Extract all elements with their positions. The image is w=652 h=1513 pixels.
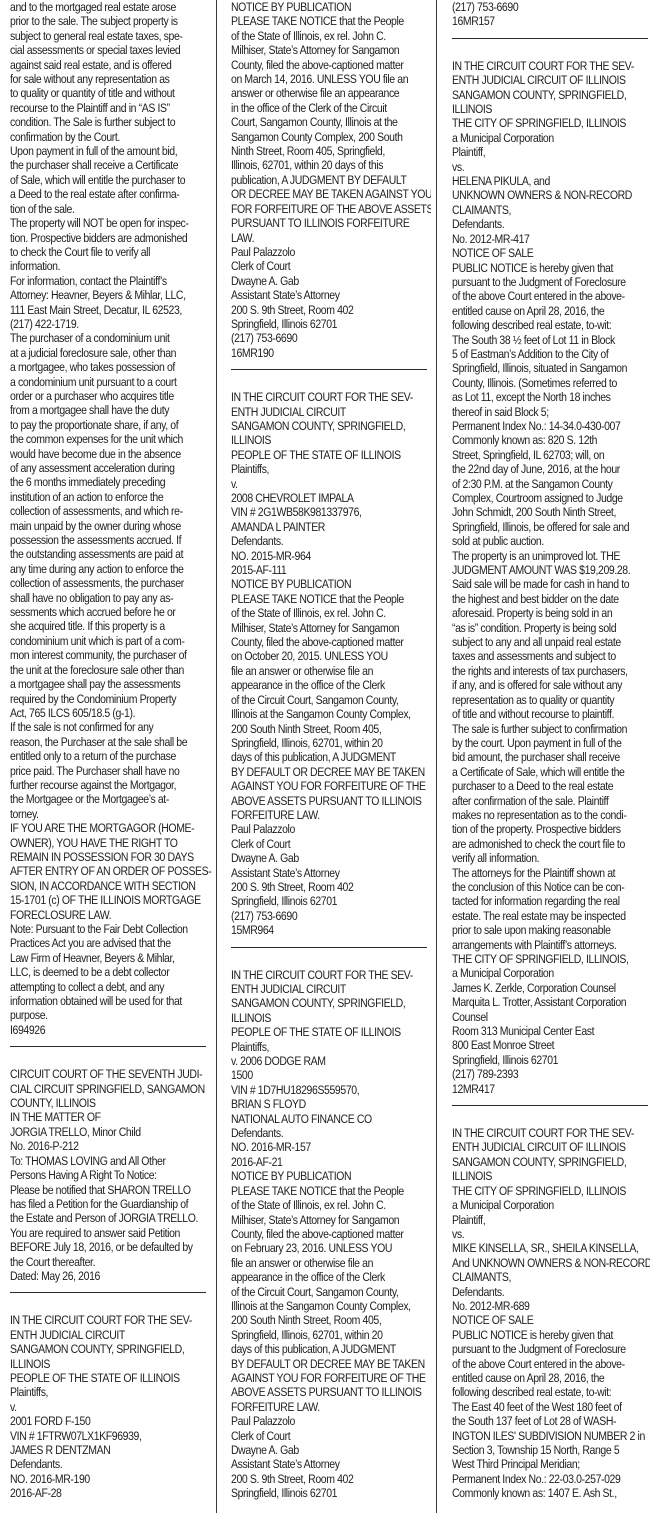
notice-text-line: file an answer or otherwise file an (231, 664, 431, 678)
notice-text-line: required by the Condominium Property (10, 692, 212, 706)
notice-text-line: as Lot 11, except the North 18 inches (452, 390, 650, 404)
notice-text-line: of the Circuit Court, Sangamon County, (231, 1285, 431, 1299)
notice-separator-rule (10, 1292, 206, 1293)
notice-text-line: 2008 CHEVROLET IMPALA (231, 491, 431, 505)
notice-text-line: Defendants. (452, 1285, 650, 1299)
notice-text-line: Springfield, Illinois 62701 (452, 1053, 650, 1067)
notice-text-line: Practices Act you are advised that the (10, 936, 212, 950)
notice-text-line: prior to the sale. The subject property … (10, 14, 212, 28)
notice-text-line: tion of the property. Prospective bidder… (452, 822, 650, 836)
notice-text-line: Paul Palazzolo (231, 245, 431, 259)
notice-text-line: No. 2012-MR-689 (452, 1299, 650, 1313)
notice-text-line: Dwayne A. Gab (231, 274, 431, 288)
notice-text-line: reason, the Purchaser at the sale shall … (10, 735, 212, 749)
notice-text-line: PLEASE TAKE NOTICE that the People (231, 592, 431, 606)
notice-text-line: price paid. The Purchaser shall have no (10, 764, 212, 778)
notice-text-line: v. 2006 DODGE RAM (231, 1054, 431, 1068)
notice-text-line: main unpaid by the owner during whose (10, 519, 212, 533)
notice-separator-rule (231, 947, 427, 948)
notice-text-line: entitled only to a return of the purchas… (10, 749, 212, 763)
notice-text-line: Street, Springfield, IL 62703; will, on (452, 448, 650, 462)
notice-text-line: 200 S. 9th Street, Room 402 (231, 303, 431, 317)
notice-text-line: JUDGMENT AMOUNT WAS $19,209.28. (452, 563, 650, 577)
notice-text-line: the Mortgagee or the Mortgagee’s at- (10, 792, 212, 806)
notice-text-line: appearance in the office of the Clerk (231, 678, 431, 692)
legal-notices-page: and to the mortgaged real estate arosepr… (0, 0, 652, 1513)
notice-text-line: MIKE KINSELLA, SR., SHEILA KINSELLA, (452, 1241, 650, 1255)
legal-notice: IN THE CIRCUIT COURT FOR THE SEV-ENTH JU… (452, 59, 650, 1096)
notice-text-line: mon interest community, the purchaser of (10, 648, 212, 662)
notice-text-line: are admonished to check the court file t… (452, 837, 650, 851)
column-1: and to the mortgaged real estate arosepr… (10, 0, 212, 1513)
legal-notice: IN THE CIRCUIT COURT FOR THE SEV-ENTH JU… (231, 968, 431, 1501)
notice-text-line: of Sale, which will entitle the purchase… (10, 173, 212, 187)
notice-text-line: order or a purchaser who acquires title (10, 389, 212, 403)
notice-text-line: torney. (10, 807, 212, 821)
notice-text-line: NO. 2016-MR-157 (231, 1140, 431, 1154)
notice-text-line: condition. The Sale is further subject t… (10, 115, 212, 129)
notice-text-line: Permanent Index No.: 14-34.0-430-007 (452, 419, 650, 433)
notice-text-line: Clerk of Court (231, 1429, 431, 1443)
notice-text-line: subject to any and all unpaid real estat… (452, 635, 650, 649)
notice-text-line: institution of an action to enforce the (10, 490, 212, 504)
notice-text-line: LAW. (231, 231, 431, 245)
notice-text-line: 200 S. 9th Street, Room 402 (231, 880, 431, 894)
notice-text-line: SANGAMON COUNTY, SPRINGFIELD, (231, 996, 431, 1010)
notice-text-line: THE CITY OF SPRINGFIELD, ILLINOIS (452, 1184, 650, 1198)
notice-text-line: Defendants. (231, 1126, 431, 1140)
notice-text-line: entitled cause on April 28, 2016, the (452, 1371, 650, 1385)
notice-text-line: Springfield, Illinois, 62701, within 20 (231, 736, 431, 750)
notice-text-line: Counsel (452, 1010, 650, 1024)
notice-text-line: IN THE CIRCUIT COURT FOR THE SEV- (10, 1313, 212, 1327)
notice-text-line: FORFEITURE LAW. (231, 808, 431, 822)
notice-text-line: any time during any action to enforce th… (10, 562, 212, 576)
notice-text-line: a Municipal Corporation (452, 1198, 650, 1212)
notice-text-line: John Schmidt, 200 South Ninth Street, (452, 505, 650, 519)
notice-text-line: (217) 753-6690 (231, 909, 431, 923)
notice-text-line: the Court thereafter. (10, 1255, 212, 1269)
notice-text-line: Plaintiffs, (231, 1040, 431, 1054)
notice-text-line: IN THE MATTER OF (10, 1110, 212, 1124)
notice-text-line: a mortgagee, who takes possession of (10, 360, 212, 374)
notice-text-line: JORGIA TRELLO, Minor Child (10, 1125, 212, 1139)
notice-text-line: a Deed to the real estate after confirma… (10, 187, 212, 201)
notice-text-line: Commonly known as: 820 S. 12th (452, 433, 650, 447)
notice-text-line: PURSUANT TO ILLINOIS FORFEITURE (231, 216, 431, 230)
notice-text-line: Please be notified that SHARON TRELLO (10, 1183, 212, 1197)
notice-text-line: in the office of the Clerk of the Circui… (231, 101, 431, 115)
notice-text-line: IN THE CIRCUIT COURT FOR THE SEV- (452, 59, 650, 73)
notice-text-line: information. (10, 259, 212, 273)
notice-text-line: verify all information. (452, 851, 650, 865)
notice-text-line: Commonly known as: 1407 E. Ash St., (452, 1486, 650, 1500)
notice-text-line: 800 East Monroe Street (452, 1038, 650, 1052)
notice-text-line: 5 of Eastman’s Addition to the City of (452, 347, 650, 361)
notice-text-line: ILLINOIS (10, 1357, 212, 1371)
notice-text-line: IN THE CIRCUIT COURT FOR THE SEV- (231, 968, 431, 982)
notice-text-line: The sale is further subject to confirmat… (452, 722, 650, 736)
notice-text-line: (217) 422-1719. (10, 317, 212, 331)
notice-text-line: Illinois at the Sangamon County Complex, (231, 1299, 431, 1313)
notice-text-line: following described real estate, to-wit: (452, 318, 650, 332)
notice-text-line: Plaintiffs, (10, 1385, 212, 1399)
notice-text-line: pursuant to the Judgment of Foreclosure (452, 275, 650, 289)
notice-text-line: ENTH JUDICIAL CIRCUIT (231, 982, 431, 996)
notice-text-line: v. (10, 1400, 212, 1414)
notice-text-line: Milhiser, State’s Attorney for Sangamon (231, 1213, 431, 1227)
notice-text-line: Springfield, Illinois 62701 (231, 1486, 431, 1500)
notice-text-line: And UNKNOWN OWNERS & NON-RECORD (452, 1256, 650, 1270)
notice-text-line: ILLINOIS (452, 102, 650, 116)
notice-text-line: prior to sale upon making reasonable (452, 923, 650, 937)
notice-text-line: Assistant State’s Attorney (231, 288, 431, 302)
notice-text-line: Court, Sangamon County, Illinois at the (231, 115, 431, 129)
notice-text-line: For information, contact the Plaintiff’s (10, 274, 212, 288)
legal-notice: (217) 753-669016MR157 (452, 0, 650, 29)
notice-text-line: Paul Palazzolo (231, 1414, 431, 1428)
notice-text-line: the 22nd day of June, 2016, at the hour (452, 462, 650, 476)
notice-text-line: tion. Prospective bidders are admonished (10, 231, 212, 245)
notice-text-line: ENTH JUDICIAL CIRCUIT OF ILLINOIS (452, 73, 650, 87)
notice-text-line: of the above Court entered in the above- (452, 289, 650, 303)
notice-text-line: SANGAMON COUNTY, SPRINGFIELD, (452, 88, 650, 102)
notice-text-line: BY DEFAULT OR DECREE MAY BE TAKEN (231, 1357, 431, 1371)
notice-text-line: attempting to collect a debt, and any (10, 980, 212, 994)
notice-text-line: NOTICE BY PUBLICATION (231, 577, 431, 591)
notice-text-line: Complex, Courtroom assigned to Judge (452, 491, 650, 505)
notice-text-line: of the Circuit Court, Sangamon County, (231, 693, 431, 707)
notice-text-line: of the above Court entered in the above- (452, 1357, 650, 1371)
notice-text-line: Sangamon County Complex, 200 South (231, 130, 431, 144)
notice-text-line: CIRCUIT COURT OF THE SEVENTH JUDI- (10, 1067, 212, 1081)
notice-text-line: sold at public auction. (452, 534, 650, 548)
notice-text-line: The East 40 feet of the West 180 feet of (452, 1400, 650, 1414)
notice-text-line: a condominium unit pursuant to a court (10, 375, 212, 389)
notice-text-line: taxes and assessments and subject to (452, 649, 650, 663)
notice-text-line: vs. (452, 1227, 650, 1241)
notice-text-line: she acquired title. If this property is … (10, 619, 212, 633)
notice-text-line: 2015-AF-111 (231, 563, 431, 577)
notice-text-line: purpose. (10, 1008, 212, 1022)
notice-text-line: Dated: May 26, 2016 (10, 1269, 212, 1283)
notice-text-line: v. (231, 477, 431, 491)
notice-text-line: the highest and best bidder on the date (452, 592, 650, 606)
notice-text-line: Assistant State’s Attorney (231, 866, 431, 880)
notice-text-line: Dwayne A. Gab (231, 1443, 431, 1457)
notice-text-line: HELENA PIKULA, and (452, 174, 650, 188)
notice-text-line: SION, IN ACCORDANCE WITH SECTION (10, 879, 212, 893)
notice-text-line: on October 20, 2015. UNLESS YOU (231, 649, 431, 663)
notice-text-line: the purchaser shall receive a Certificat… (10, 158, 212, 172)
notice-text-line: NOTICE OF SALE (452, 1313, 650, 1327)
notice-text-line: NOTICE OF SALE (452, 246, 650, 260)
notice-text-line: (217) 753-6690 (452, 0, 650, 14)
notice-text-line: Ninth Street, Room 405, Springfield, (231, 144, 431, 158)
notice-text-line: tion of the sale. (10, 202, 212, 216)
notice-text-line: ILLINOIS (452, 1169, 650, 1183)
notice-text-line: County, Illinois. (Sometimes referred to (452, 376, 650, 390)
notice-text-line: FOR FORFEITURE OF THE ABOVE ASSETS (231, 202, 431, 216)
notice-text-line: 16MR190 (231, 346, 431, 360)
notice-text-line: The property will NOT be open for inspec… (10, 216, 212, 230)
notice-text-line: Upon payment in full of the amount bid, (10, 144, 212, 158)
notice-text-line: SANGAMON COUNTY, SPRINGFIELD, (231, 419, 431, 433)
notice-text-line: County, filed the above-captioned matter (231, 1227, 431, 1241)
notice-text-line: ABOVE ASSETS PURSUANT TO ILLINOIS (231, 794, 431, 808)
notice-text-line: James K. Zerkle, Corporation Counsel (452, 981, 650, 995)
notice-text-line: 16MR157 (452, 14, 650, 28)
notice-text-line: NOTICE BY PUBLICATION (231, 1169, 431, 1183)
legal-notice: CIRCUIT COURT OF THE SEVENTH JUDI-CIAL C… (10, 1067, 212, 1283)
notice-text-line: CLAIMANTS, (452, 1270, 650, 1284)
notice-text-line: representation as to quality or quantity (452, 693, 650, 707)
notice-text-line: COUNTY, ILLINOIS (10, 1096, 212, 1110)
notice-text-line: BEFORE July 18, 2016, or be defaulted by (10, 1240, 212, 1254)
notice-text-line: Defendants. (231, 534, 431, 548)
legal-notice: IN THE CIRCUIT COURT FOR THE SEV-ENTH JU… (10, 1313, 212, 1500)
notice-text-line: SANGAMON COUNTY, SPRINGFIELD, (452, 1155, 650, 1169)
notice-text-line: the South 137 feet of Lot 28 of WASH- (452, 1414, 650, 1428)
notice-text-line: possession the assessments accrued. If (10, 533, 212, 547)
notice-text-line: 2016-AF-21 (231, 1155, 431, 1169)
notice-text-line: Act, 765 ILCS 605/18.5 (g-1). (10, 706, 212, 720)
notice-text-line: You are required to answer said Petition (10, 1226, 212, 1240)
notice-text-line: Springfield, Illinois 62701 (231, 317, 431, 331)
notice-text-line: NO. 2016-MR-190 (10, 1472, 212, 1486)
column-2: NOTICE BY PUBLICATIONPLEASE TAKE NOTICE … (231, 0, 431, 1513)
notice-text-line: Clerk of Court (231, 259, 431, 273)
notice-text-line: UNKNOWN OWNERS & NON-RECORD (452, 188, 650, 202)
notice-text-line: No. 2016-P-212 (10, 1139, 212, 1153)
notice-text-line: subject to general real estate taxes, sp… (10, 29, 212, 43)
notice-text-line: To: THOMAS LOVING and All Other (10, 1154, 212, 1168)
notice-text-line: No. 2012-MR-417 (452, 232, 650, 246)
notice-text-line: IN THE CIRCUIT COURT FOR THE SEV- (452, 1126, 650, 1140)
notice-text-line: VIN # 2G1WB58K981337976, (231, 505, 431, 519)
notice-text-line: ENTH JUDICIAL CIRCUIT (231, 405, 431, 419)
notice-text-line: PLEASE TAKE NOTICE that the People (231, 1184, 431, 1198)
notice-text-line: OWNER), YOU HAVE THE RIGHT TO (10, 836, 212, 850)
notice-text-line: estate. The real estate may be inspected (452, 909, 650, 923)
notice-text-line: NATIONAL AUTO FINANCE CO (231, 1112, 431, 1126)
notice-text-line: the outstanding assessments are paid at (10, 547, 212, 561)
notice-text-line: further recourse against the Mortgagor, (10, 778, 212, 792)
notice-text-line: answer or otherwise file an appearance (231, 86, 431, 100)
notice-text-line: VIN # 1D7HU18296S559570, (231, 1083, 431, 1097)
notice-separator-rule (452, 1105, 648, 1106)
notice-text-line: OR DECREE MAY BE TAKEN AGAINST YOU (231, 187, 431, 201)
legal-notice: and to the mortgaged real estate arosepr… (10, 0, 212, 1037)
notice-text-line: (217) 753-6690 (231, 331, 431, 345)
notice-text-line: tacted for information regarding the rea… (452, 894, 650, 908)
notice-text-line: THE CITY OF SPRINGFIELD, ILLINOIS (452, 116, 650, 130)
notice-text-line: condominium unit which is part of a com- (10, 634, 212, 648)
legal-notice: NOTICE BY PUBLICATIONPLEASE TAKE NOTICE … (231, 0, 431, 360)
notice-text-line: collection of assessments, the purchaser (10, 576, 212, 590)
notice-text-line: Springfield, Illinois, 62701, within 20 (231, 1328, 431, 1342)
notice-text-line: the rights and interests of tax purchase… (452, 664, 650, 678)
notice-text-line: of the State of Illinois, ex rel. John C… (231, 606, 431, 620)
notice-text-line: Springfield, Illinois 62701 (231, 894, 431, 908)
notice-text-line: AMANDA L PAINTER (231, 520, 431, 534)
notice-text-line: makes no representation as to the condi- (452, 808, 650, 822)
notice-text-line: Paul Palazzolo (231, 822, 431, 836)
notice-text-line: Springfield, Illinois, situated in Sanga… (452, 361, 650, 375)
notice-separator-rule (231, 369, 427, 370)
notice-text-line: of any assessment acceleration during (10, 461, 212, 475)
notice-text-line: of title and without recourse to plainti… (452, 707, 650, 721)
notice-text-line: Law Firm of Heavner, Beyers & Mihlar, (10, 951, 212, 965)
notice-text-line: County, filed the above-captioned matter (231, 58, 431, 72)
notice-text-line: IF YOU ARE THE MORTGAGOR (HOME- (10, 821, 212, 835)
notice-text-line: The attorneys for the Plaintiff shown at (452, 866, 650, 880)
notice-text-line: Persons Having A Right To Notice: (10, 1168, 212, 1182)
notice-text-line: CLAIMANTS, (452, 203, 650, 217)
notice-text-line: arrangements with Plaintiff’s attorneys. (452, 938, 650, 952)
notice-text-line: ENTH JUDICIAL CIRCUIT (10, 1328, 212, 1342)
notice-text-line: Defendants. (10, 1457, 212, 1471)
notice-text-line: Note: Pursuant to the Fair Debt Collecti… (10, 922, 212, 936)
notice-text-line: INGTON ILES' SUBDIVISION NUMBER 2 in (452, 1429, 650, 1443)
notice-text-line: SANGAMON COUNTY, SPRINGFIELD, (10, 1342, 212, 1356)
notice-text-line: thereof in said Block 5; (452, 405, 650, 419)
notice-text-line: PUBLIC NOTICE is hereby given that (452, 261, 650, 275)
notice-text-line: after confirmation of the sale. Plaintif… (452, 794, 650, 808)
notice-text-line: the 6 months immediately preceding (10, 475, 212, 489)
notice-text-line: Defendants. (452, 217, 650, 231)
notice-separator-rule (452, 38, 648, 39)
notice-text-line: file an answer or otherwise file an (231, 1256, 431, 1270)
notice-text-line: sessments which accrued before he or (10, 605, 212, 619)
notice-text-line: 200 South Ninth Street, Room 405, (231, 722, 431, 736)
notice-text-line: purchaser to a Deed to the real estate (452, 779, 650, 793)
notice-text-line: the conclusion of this Notice can be con… (452, 880, 650, 894)
notice-text-line: a Certificate of Sale, which will entitl… (452, 765, 650, 779)
notice-text-line: Said sale will be made for cash in hand … (452, 577, 650, 591)
notice-text-line: The South 38 ½ feet of Lot 11 in Block (452, 333, 650, 347)
notice-text-line: a Municipal Corporation (452, 966, 650, 980)
notice-text-line: 200 South Ninth Street, Room 405, (231, 1313, 431, 1327)
notice-text-line: 2001 FORD F-150 (10, 1414, 212, 1428)
notice-text-line: AGAINST YOU FOR FORFEITURE OF THE (231, 1371, 431, 1385)
notice-text-line: AFTER ENTRY OF AN ORDER OF POSSES- (10, 864, 212, 878)
notice-text-line: to quality or quantity of title and with… (10, 86, 212, 100)
notice-text-line: FORECLOSURE LAW. (10, 908, 212, 922)
notice-text-line: for sale without any representation as (10, 72, 212, 86)
column-divider (436, 0, 437, 1513)
notice-text-line: PUBLIC NOTICE is hereby given that (452, 1328, 650, 1342)
notice-text-line: VIN # 1FTRW07LX1KF96939, (10, 1429, 212, 1443)
notice-text-line: and to the mortgaged real estate arose (10, 0, 212, 14)
notice-text-line: LLC, is deemed to be a debt collector (10, 965, 212, 979)
notice-text-line: The purchaser of a condominium unit (10, 331, 212, 345)
notice-text-line: ABOVE ASSETS PURSUANT TO ILLINOIS (231, 1385, 431, 1399)
notice-text-line: on February 23, 2016. UNLESS YOU (231, 1241, 431, 1255)
notice-text-line: entitled cause on April 28, 2016, the (452, 304, 650, 318)
notice-text-line: bid amount, the purchaser shall receive (452, 750, 650, 764)
notice-text-line: 15MR964 (231, 923, 431, 937)
notice-text-line: CIAL CIRCUIT SPRINGFIELD, SANGAMON (10, 1082, 212, 1096)
notice-text-line: ILLINOIS (231, 433, 431, 447)
notice-text-line: has filed a Petition for the Guardianshi… (10, 1197, 212, 1211)
legal-notice: IN THE CIRCUIT COURT FOR THE SEV-ENTH JU… (231, 390, 431, 937)
notice-separator-rule (10, 1046, 206, 1047)
legal-notice: IN THE CIRCUIT COURT FOR THE SEV-ENTH JU… (452, 1126, 650, 1501)
notice-text-line: following described real estate, to-wit: (452, 1385, 650, 1399)
notice-text-line: Plaintiff, (452, 145, 650, 159)
notice-text-line: the unit at the foreclosure sale other t… (10, 663, 212, 677)
notice-text-line: Dwayne A. Gab (231, 851, 431, 865)
notice-text-line: recourse to the Plaintiff and in “AS IS” (10, 101, 212, 115)
notice-text-line: I694926 (10, 1023, 212, 1037)
notice-text-line: if any, and is offered for sale without … (452, 678, 650, 692)
notice-text-line: would have become due in the absence (10, 447, 212, 461)
notice-text-line: If the sale is not confirmed for any (10, 720, 212, 734)
notice-text-line: PEOPLE OF THE STATE OF ILLINOIS (231, 448, 431, 462)
notice-text-line: to pay the proportionate share, if any, … (10, 418, 212, 432)
notice-text-line: Marquita L. Trotter, Assistant Corporati… (452, 995, 650, 1009)
notice-text-line: 2016-AF-28 (10, 1486, 212, 1500)
notice-text-line: NO. 2015-MR-964 (231, 549, 431, 563)
notice-text-line: Section 3, Township 15 North, Range 5 (452, 1443, 650, 1457)
notice-text-line: ENTH JUDICIAL CIRCUIT OF ILLINOIS (452, 1140, 650, 1154)
notice-text-line: to check the Court file to verify all (10, 245, 212, 259)
notice-text-line: 15-1701 (c) OF THE ILLINOIS MORTGAGE (10, 893, 212, 907)
notice-text-line: BY DEFAULT OR DECREE MAY BE TAKEN (231, 765, 431, 779)
notice-text-line: IN THE CIRCUIT COURT FOR THE SEV- (231, 390, 431, 404)
notice-text-line: a Municipal Corporation (452, 131, 650, 145)
notice-text-line: shall have no obligation to pay any as- (10, 591, 212, 605)
notice-text-line: of 2:30 P.M. at the Sangamon County (452, 477, 650, 491)
notice-text-line: County, filed the above-captioned matter (231, 635, 431, 649)
notice-text-line: Permanent Index No.: 22-03.0-257-029 (452, 1472, 650, 1486)
notice-text-line: NOTICE BY PUBLICATION (231, 0, 431, 14)
notice-text-line: aforesaid. Property is being sold in an (452, 606, 650, 620)
notice-text-line: appearance in the office of the Clerk (231, 1270, 431, 1284)
notice-text-line: pursuant to the Judgment of Foreclosure (452, 1342, 650, 1356)
notice-text-line: BRIAN S FLOYD (231, 1097, 431, 1111)
notice-text-line: a mortgagee shall pay the assessments (10, 677, 212, 691)
notice-text-line: on March 14, 2016. UNLESS YOU file an (231, 72, 431, 86)
notice-text-line: vs. (452, 160, 650, 174)
notice-text-line: 111 East Main Street, Decatur, IL 62523, (10, 303, 212, 317)
column-divider (216, 0, 217, 1513)
notice-text-line: FORFEITURE LAW. (231, 1400, 431, 1414)
notice-text-line: Plaintiff, (452, 1213, 650, 1227)
notice-text-line: publication, A JUDGMENT BY DEFAULT (231, 173, 431, 187)
notice-text-line: THE CITY OF SPRINGFIELD, ILLINOIS, (452, 952, 650, 966)
notice-text-line: PEOPLE OF THE STATE OF ILLINOIS (231, 1025, 431, 1039)
notice-text-line: PEOPLE OF THE STATE OF ILLINOIS (10, 1371, 212, 1385)
notice-text-line: Illinois at the Sangamon County Complex, (231, 707, 431, 721)
notice-text-line: confirmation by the Court. (10, 130, 212, 144)
notice-text-line: Milhiser, State’s Attorney for Sangamon (231, 43, 431, 57)
notice-text-line: 1500 (231, 1068, 431, 1082)
notice-text-line: information obtained will be used for th… (10, 994, 212, 1008)
notice-text-line: “as is” condition. Property is being sol… (452, 621, 650, 635)
notice-text-line: JAMES R DENTZMAN (10, 1443, 212, 1457)
notice-text-line: Illinois, 62701, within 20 days of this (231, 158, 431, 172)
notice-text-line: Springfield, Illinois, be offered for sa… (452, 520, 650, 534)
notice-text-line: Attorney: Heavner, Beyers & Mihlar, LLC, (10, 288, 212, 302)
notice-text-line: days of this publication, A JUDGMENT (231, 750, 431, 764)
notice-text-line: (217) 789-2393 (452, 1067, 650, 1081)
notice-text-line: the Estate and Person of JORGIA TRELLO. (10, 1211, 212, 1225)
notice-text-line: REMAIN IN POSSESSION FOR 30 DAYS (10, 850, 212, 864)
notice-text-line: Plaintiffs, (231, 462, 431, 476)
notice-text-line: cial assessments or special taxes levied (10, 43, 212, 57)
